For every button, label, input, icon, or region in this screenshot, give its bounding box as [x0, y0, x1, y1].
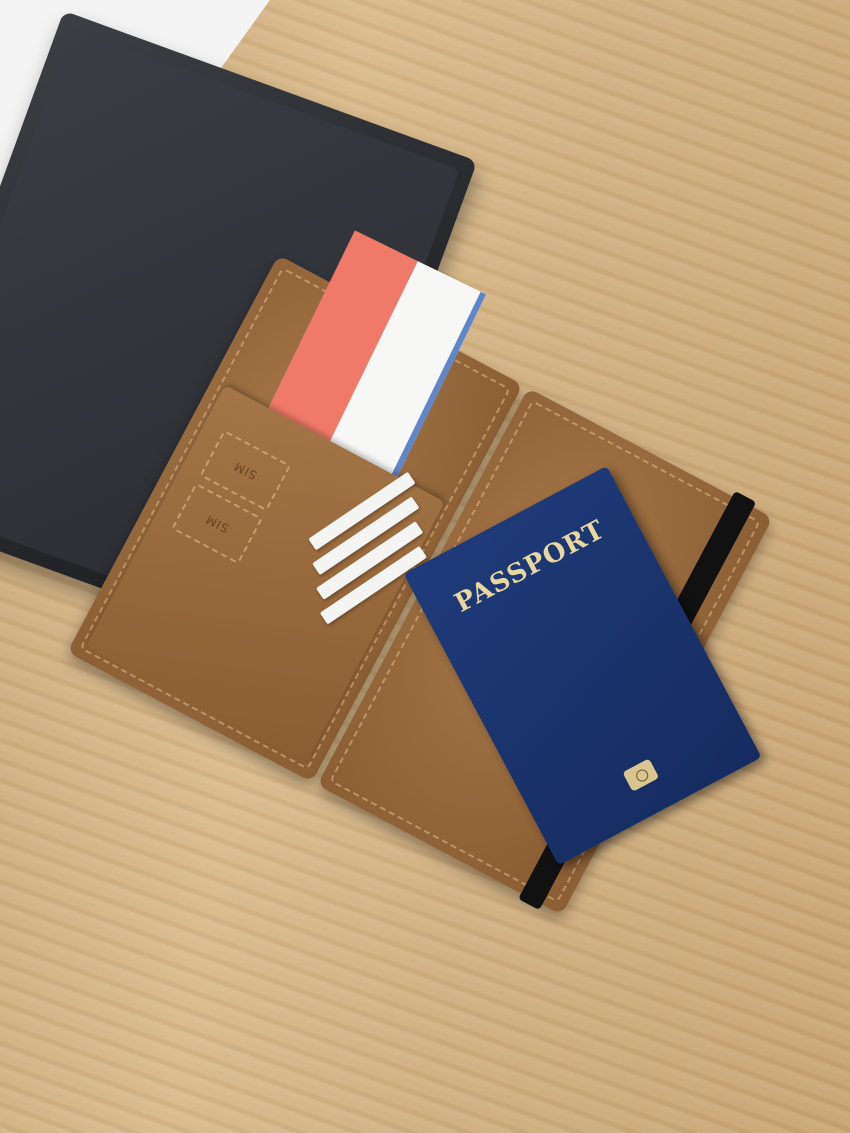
biometric-chip-icon	[622, 758, 659, 792]
sim-label-1: SIM	[231, 459, 259, 483]
sim-label-2: SIM	[203, 512, 231, 536]
